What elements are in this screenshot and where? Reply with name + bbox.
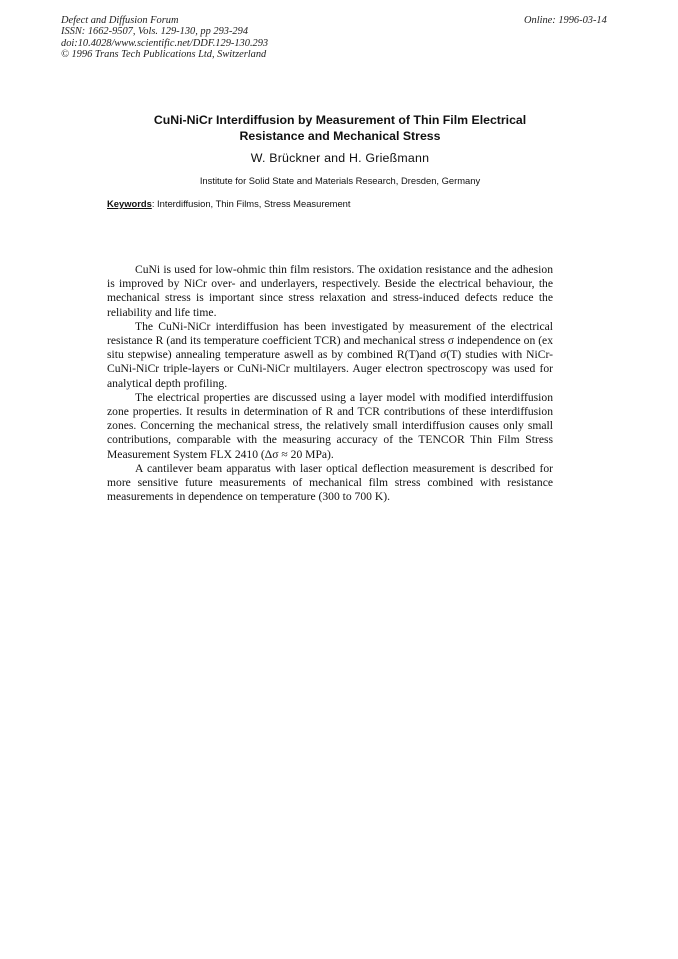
title-line-1: CuNi-NiCr Interdiffusion by Measurement … [100, 112, 580, 128]
paragraph-1: CuNi is used for low-ohmic thin film res… [107, 263, 553, 320]
journal-name: Defect and Diffusion Forum [61, 15, 268, 26]
issn-line: ISSN: 1662-9507, Vols. 129-130, pp 293-2… [61, 26, 268, 37]
paper-title: CuNi-NiCr Interdiffusion by Measurement … [100, 112, 580, 144]
online-date: Online: 1996-03-14 [524, 15, 607, 26]
paragraph-4: A cantilever beam apparatus with laser o… [107, 462, 553, 505]
paragraph-3: The electrical properties are discussed … [107, 391, 553, 462]
copyright-line: © 1996 Trans Tech Publications Ltd, Swit… [61, 49, 268, 60]
doi-line: doi:10.4028/www.scientific.net/DDF.129-1… [61, 38, 268, 49]
title-line-2: Resistance and Mechanical Stress [100, 128, 580, 144]
paragraph-2: The CuNi-NiCr interdiffusion has been in… [107, 320, 553, 391]
keywords-label: Keywords [107, 198, 152, 209]
journal-header: Defect and Diffusion Forum ISSN: 1662-95… [61, 15, 268, 61]
authors: W. Brückner and H. Grießmann [100, 151, 580, 165]
abstract-body: CuNi is used for low-ohmic thin film res… [107, 263, 553, 504]
keywords-list: : Interdiffusion, Thin Films, Stress Mea… [152, 198, 351, 209]
affiliation: Institute for Solid State and Materials … [100, 175, 580, 186]
keywords: Keywords: Interdiffusion, Thin Films, St… [107, 198, 351, 209]
